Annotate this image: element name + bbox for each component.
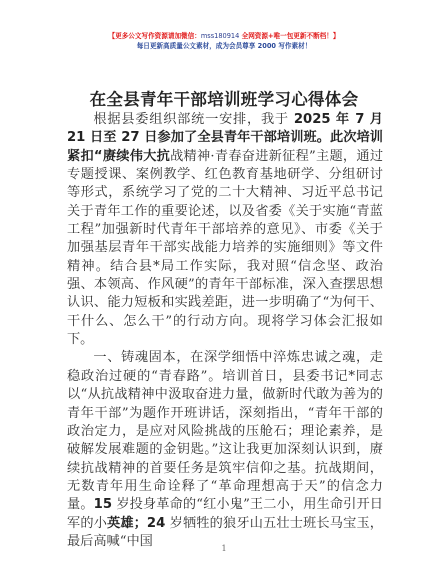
text-segment: 一、铸魂固本，在深学细悟中淬炼忠诚之魂，走稳政治过硬的“青春路”。培训首日，县委…: [67, 350, 383, 512]
page-number: 1: [0, 544, 448, 553]
text-segment-bold: 英雄；24: [107, 516, 165, 531]
document-title: 在全县青年干部培训班学习心得体会: [0, 86, 448, 110]
paragraph-intro: 根据县委组织部统一安排，我于 2025 年 7 月 21 日至 27 日参加了全…: [67, 111, 383, 349]
promo-wechat-id: mss180914: [201, 32, 239, 40]
text-segment: 根据县委组织部统一安排，我于: [93, 112, 293, 127]
promo-suffix: 全网资源+唯一包更新不断档！】: [239, 32, 339, 40]
document-body: 根据县委组织部统一安排，我于 2025 年 7 月 21 日至 27 日参加了全…: [67, 111, 383, 551]
text-segment-bold: 15: [94, 497, 112, 512]
document-page: 【更多公文写作资源请加微信：mss180914 全网资源+唯一包更新不断档！】 …: [0, 0, 448, 580]
promo-prefix: 【更多公文写作资源请加微信：: [109, 32, 201, 40]
promo-banner-line2: 每日更新高质量公文素材，成为会员尊享 2000 写作素材！: [0, 41, 448, 51]
promo-banner-line1: 【更多公文写作资源请加微信：mss180914 全网资源+唯一包更新不断档！】: [0, 31, 448, 41]
text-segment: 战精神·青春奋进新征程”主题，通过专题授课、案例教学、红色教育基地研学、分组研讨…: [67, 149, 383, 347]
paragraph-section-one: 一、铸魂固本，在深学细悟中淬炼忠诚之魂，走稳政治过硬的“青春路”。培训首日，县委…: [67, 349, 383, 551]
